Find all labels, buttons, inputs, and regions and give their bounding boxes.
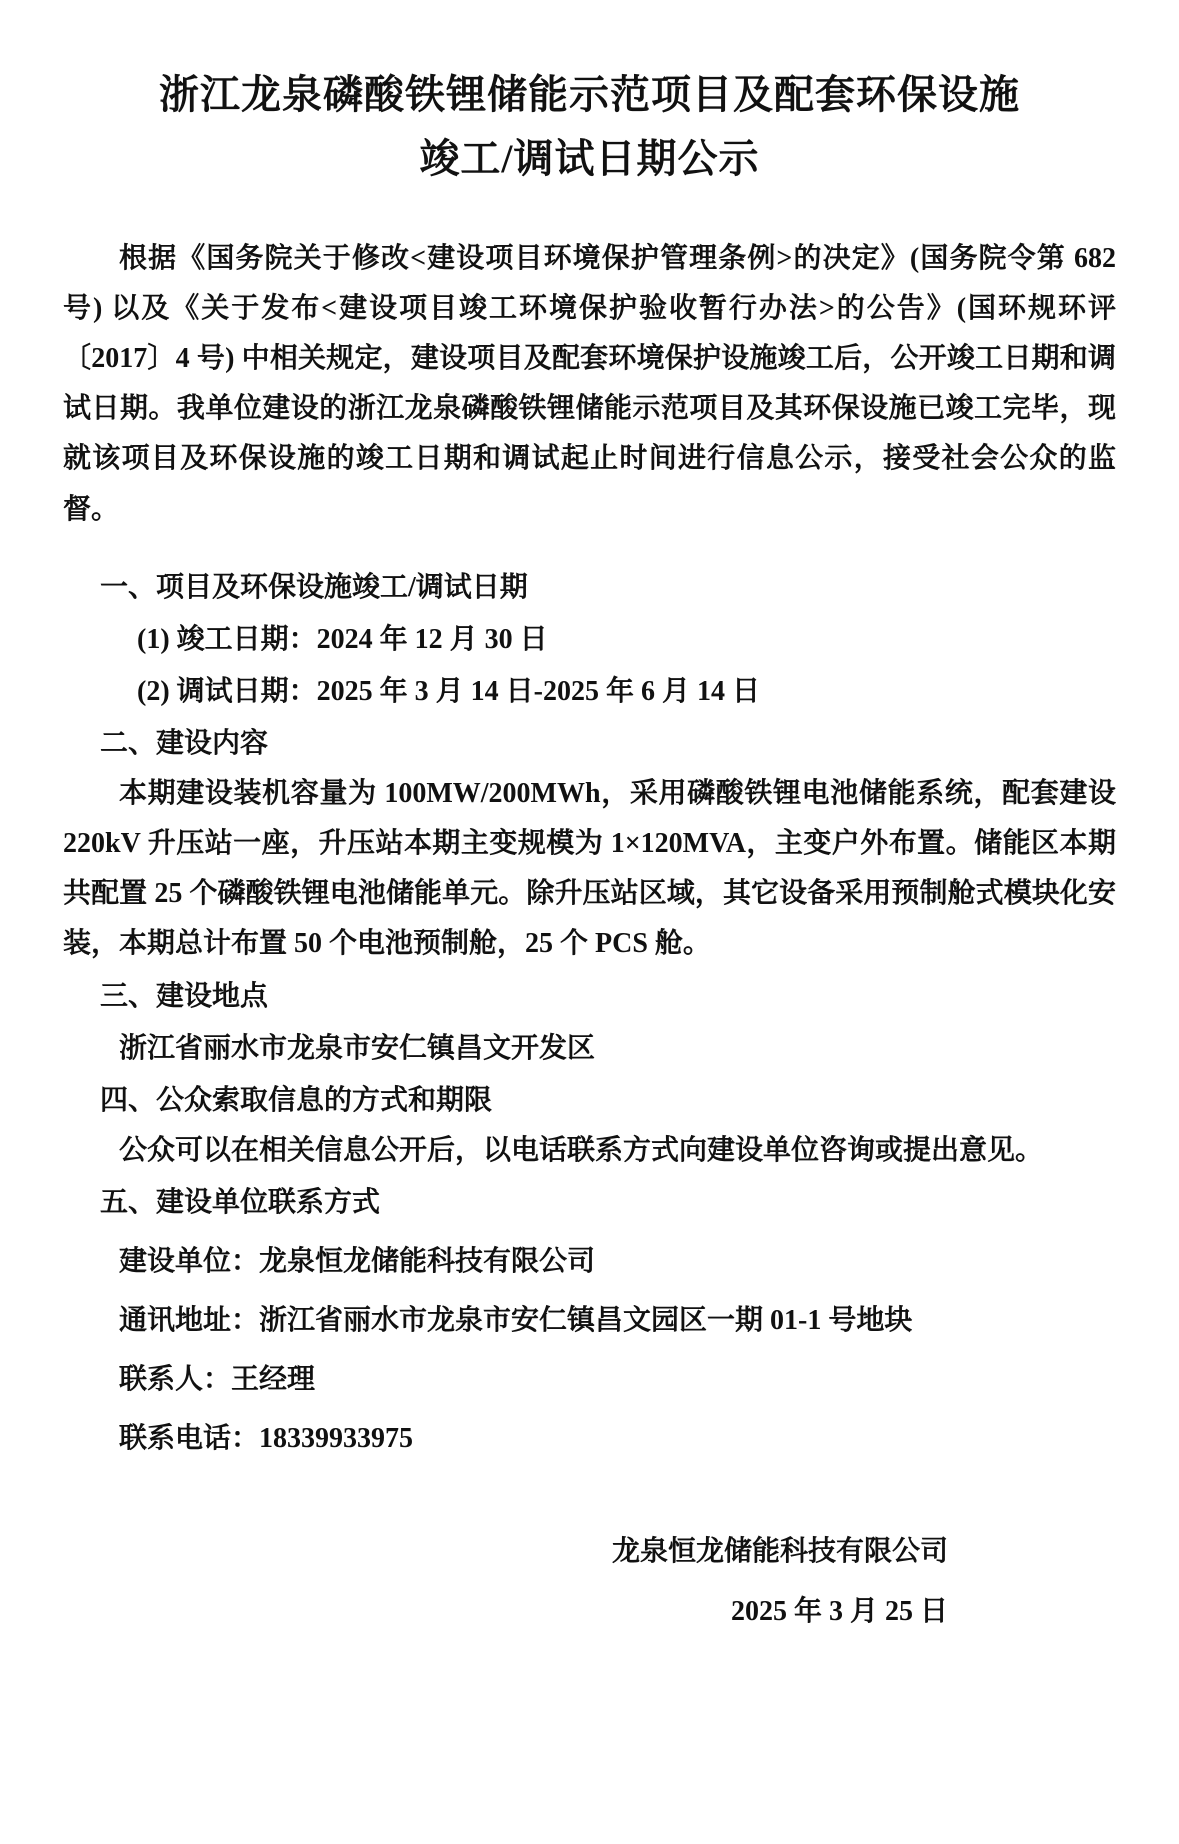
document-title: 浙江龙泉磷酸铁锂储能示范项目及配套环保设施 竣工/调试日期公示 bbox=[63, 66, 1116, 188]
construction-content-paragraph: 本期建设装机容量为 100MW/200MWh，采用磷酸铁锂电池储能系统，配套建设… bbox=[63, 769, 1116, 969]
page-title-line1: 浙江龙泉磷酸铁锂储能示范项目及配套环保设施 bbox=[63, 66, 1116, 124]
contact-phone-line: 联系电话：18339933975 bbox=[63, 1414, 1116, 1464]
section-3-heading: 三、建设地点 bbox=[100, 972, 1116, 1022]
construction-location-line: 浙江省丽水市龙泉市安仁镇昌文开发区 bbox=[63, 1024, 1116, 1074]
contact-address-line: 通讯地址：浙江省丽水市龙泉市安仁镇昌文园区一期 01-1 号地块 bbox=[63, 1296, 1116, 1346]
public-info-paragraph: 公众可以在相关信息公开后，以电话联系方式向建设单位咨询或提出意见。 bbox=[63, 1126, 1116, 1176]
section-5-heading: 五、建设单位联系方式 bbox=[100, 1178, 1116, 1228]
document-body: 根据《国务院关于修改<建设项目环境保护管理条例>的决定》(国务院令第 682 号… bbox=[63, 234, 1116, 1637]
notice-document: 浙江龙泉磷酸铁锂储能示范项目及配套环保设施 竣工/调试日期公示 根据《国务院关于… bbox=[0, 0, 1179, 1844]
contact-person-line: 联系人：王经理 bbox=[63, 1355, 1116, 1405]
section-1-heading: 一、项目及环保设施竣工/调试日期 bbox=[100, 563, 1116, 613]
signature-company: 龙泉恒龙储能科技有限公司 bbox=[63, 1527, 948, 1577]
signature-date: 2025 年 3 月 25 日 bbox=[63, 1587, 948, 1637]
page-title-line2: 竣工/调试日期公示 bbox=[63, 130, 1116, 188]
section-2-heading: 二、建设内容 bbox=[100, 719, 1116, 769]
signature-block: 龙泉恒龙储能科技有限公司 2025 年 3 月 25 日 bbox=[63, 1527, 1116, 1637]
intro-paragraph: 根据《国务院关于修改<建设项目环境保护管理条例>的决定》(国务院令第 682 号… bbox=[63, 234, 1116, 535]
section-4-heading: 四、公众索取信息的方式和期限 bbox=[100, 1076, 1116, 1126]
completion-date-item: (1) 竣工日期：2024 年 12 月 30 日 bbox=[137, 615, 1116, 665]
commissioning-date-item: (2) 调试日期：2025 年 3 月 14 日-2025 年 6 月 14 日 bbox=[137, 667, 1116, 717]
contact-company-line: 建设单位：龙泉恒龙储能科技有限公司 bbox=[63, 1237, 1116, 1287]
